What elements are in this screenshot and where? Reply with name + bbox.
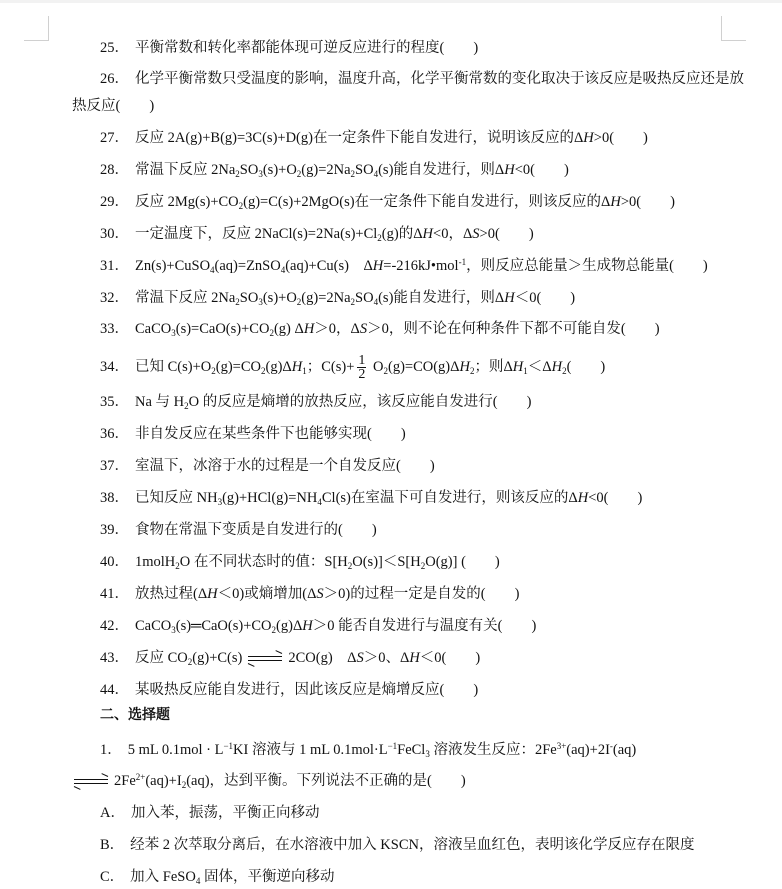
question-text: 常温下反应 2Na bbox=[135, 290, 235, 306]
question-text: 平衡常数和转化率都能体现可逆反应进行的程度 bbox=[135, 40, 440, 56]
variable: H bbox=[304, 321, 314, 337]
answer-blank: ( ) bbox=[609, 130, 648, 146]
question-number: 29． bbox=[100, 194, 129, 210]
question-text: SO bbox=[355, 290, 374, 306]
question-text: 化学平衡常数只受温度的影响，温度升高，化学平衡常数的变化取决于该反应是吸热反应还… bbox=[135, 71, 744, 87]
page-margin-corner-mark-right bbox=[721, 16, 746, 41]
question-text: (s)═CaO(s)+CO bbox=[176, 618, 272, 634]
question-text: ＜0)或熵增加( bbox=[218, 586, 307, 602]
variable: H bbox=[373, 258, 383, 274]
question-text: ；则 bbox=[474, 359, 503, 375]
equilibrium-arrow-icon bbox=[74, 777, 108, 787]
question-number: 39． bbox=[100, 522, 129, 538]
question-text: O 在不同状态时的值：S[H bbox=[180, 554, 348, 570]
question-text: ＞0，则不论在何种条件下都不可能自发 bbox=[367, 321, 621, 337]
answer-blank: ( ) bbox=[440, 682, 479, 698]
question-33: 33．CaCO3(s)=CaO(s)+CO2(g) ΔH＞0，ΔS＞0，则不论在… bbox=[100, 320, 660, 338]
question-44: 44．某吸热反应能自发进行，因此该反应是熵增反应( ) bbox=[100, 681, 478, 699]
fraction-denominator: 2 bbox=[357, 368, 366, 381]
delta-symbol: Δ bbox=[568, 490, 577, 506]
question-text: 溶液发生反应：2Fe bbox=[430, 742, 557, 758]
question-text: (aq)+I bbox=[145, 773, 181, 789]
section-heading: 二、选择题 bbox=[100, 706, 170, 724]
delta-symbol: Δ bbox=[307, 586, 316, 602]
question-text: (g)=CO(g) bbox=[388, 359, 450, 375]
question-number: 25． bbox=[100, 40, 129, 56]
option-a: A．加入苯，振荡，平衡正向移动 bbox=[100, 804, 319, 822]
question-28: 28．常温下反应 2Na2SO3(s)+O2(g)=2Na2SO4(s)能自发进… bbox=[100, 161, 569, 179]
question-number: 43． bbox=[100, 650, 129, 666]
question-36: 36．非自发反应在某些条件下也能够实现( ) bbox=[100, 425, 406, 443]
question-number: 27． bbox=[100, 130, 129, 146]
question-number: 44． bbox=[100, 682, 129, 698]
option-c: C．加入 FeSO4 固体，平衡逆向移动 bbox=[100, 868, 334, 886]
superscript: −1 bbox=[388, 741, 398, 751]
question-text: O(s)]＜S[H bbox=[352, 554, 420, 570]
answer-blank: ( ) bbox=[367, 426, 406, 442]
answer-blank: ( ) bbox=[396, 458, 435, 474]
delta-symbol: Δ bbox=[413, 226, 422, 242]
option-label: A． bbox=[100, 805, 125, 821]
variable: S bbox=[472, 226, 479, 242]
question-number: 1． bbox=[100, 742, 122, 758]
question-text: <0， bbox=[433, 226, 463, 242]
question-text: >0 bbox=[621, 194, 636, 210]
question-text: SO bbox=[240, 162, 259, 178]
option-label: B． bbox=[100, 837, 124, 853]
delta-symbol: Δ bbox=[574, 130, 583, 146]
equilibrium-arrow-icon bbox=[248, 654, 282, 664]
option-text: 加入 FeSO bbox=[130, 869, 196, 885]
answer-blank: ( ) bbox=[636, 194, 675, 210]
question-text: 食物在常温下变质是自发进行的 bbox=[135, 522, 338, 538]
question-text: (s)+O bbox=[263, 290, 297, 306]
choice-question-1: 1．5 mL 0.1mol · L−1KI 溶液与 1 mL 0.1mol·L−… bbox=[100, 741, 636, 759]
question-number: 32． bbox=[100, 290, 129, 306]
question-39: 39．食物在常温下变质是自发进行的( ) bbox=[100, 521, 377, 539]
delta-symbol: Δ bbox=[400, 650, 409, 666]
question-text: (s)=CaO(s)+CO bbox=[176, 321, 270, 337]
question-text: (aq) bbox=[613, 742, 636, 758]
question-text: (aq)+Cu(s) bbox=[285, 258, 363, 274]
question-number: 37． bbox=[100, 458, 129, 474]
question-37: 37．室温下，冰溶于水的过程是一个自发反应( ) bbox=[100, 457, 435, 475]
question-text: (s)+O bbox=[263, 162, 297, 178]
question-text: ；C(s)+ bbox=[307, 359, 355, 375]
option-text: 经苯 2 次萃取分离后，在水溶液中加入 KSCN，溶液呈血红色，表明该化学反应存… bbox=[130, 837, 694, 853]
variable: H bbox=[504, 290, 514, 306]
question-38: 38．已知反应 NH3(g)+HCl(g)=NH4Cl(s)在室温下可自发进行，… bbox=[100, 489, 642, 507]
variable: H bbox=[552, 359, 562, 375]
question-text: (g)=2Na bbox=[301, 162, 350, 178]
answer-blank: ( ) bbox=[481, 586, 520, 602]
variable: H bbox=[292, 359, 302, 375]
question-text: Cl(s)在室温下可自发进行，则该反应的 bbox=[322, 490, 569, 506]
delta-symbol: Δ bbox=[351, 321, 360, 337]
answer-blank: ( ) bbox=[536, 290, 575, 306]
question-31: 31．Zn(s)+CuSO4(aq)=ZnSO4(aq)+Cu(s) ΔH=-2… bbox=[100, 257, 708, 275]
question-text: (g)+C(s) bbox=[192, 650, 242, 666]
question-26: 26．化学平衡常数只受温度的影响，温度升高，化学平衡常数的变化取决于该反应是吸热… bbox=[100, 70, 744, 88]
question-number: 36． bbox=[100, 426, 129, 442]
question-text: >0 bbox=[594, 130, 609, 146]
question-26-continuation: 热反应( ) bbox=[72, 97, 154, 115]
variable: H bbox=[610, 194, 620, 210]
question-number: 33． bbox=[100, 321, 129, 337]
question-text: =-216kJ•mol bbox=[383, 258, 458, 274]
question-40: 40．1molH2O 在不同状态时的值：S[H2O(s)]＜S[H2O(g)] … bbox=[100, 553, 500, 571]
question-text: O(g)] bbox=[425, 554, 461, 570]
answer-blank: ( ) bbox=[493, 394, 532, 410]
question-text: (g) bbox=[265, 359, 282, 375]
question-text: (aq)+2I bbox=[566, 742, 610, 758]
question-text: <0 bbox=[515, 162, 530, 178]
question-text: SO bbox=[355, 162, 374, 178]
delta-symbol: Δ bbox=[495, 162, 504, 178]
question-text: (g)=2Na bbox=[301, 290, 350, 306]
question-number: 35． bbox=[100, 394, 129, 410]
variable: H bbox=[583, 130, 593, 146]
answer-blank: ( ) bbox=[669, 258, 708, 274]
question-text: 5 mL 0.1mol · L bbox=[128, 742, 224, 758]
question-27: 27．反应 2A(g)+B(g)=3C(s)+D(g)在一定条件下能自发进行，说… bbox=[100, 129, 648, 147]
question-number: 30． bbox=[100, 226, 129, 242]
delta-symbol: Δ bbox=[542, 359, 551, 375]
question-text: 常温下反应 2Na bbox=[135, 162, 235, 178]
question-number: 40． bbox=[100, 554, 129, 570]
question-text: SO bbox=[240, 290, 259, 306]
question-text: ＜0 bbox=[420, 650, 442, 666]
variable: H bbox=[459, 359, 469, 375]
question-text: 反应 CO bbox=[135, 650, 188, 666]
question-text: 热反应 bbox=[72, 98, 116, 114]
option-b: B．经苯 2 次萃取分离后，在水溶液中加入 KSCN，溶液呈血红色，表明该化学反… bbox=[100, 836, 694, 854]
question-34: 34．已知 C(s)+O2(g)=CO2(g)ΔH1；C(s)+12 O2(g)… bbox=[100, 354, 605, 381]
question-text: 放热过程( bbox=[135, 586, 198, 602]
delta-symbol: Δ bbox=[282, 359, 291, 375]
question-text: 2Fe bbox=[114, 773, 136, 789]
question-text: 室温下，冰溶于水的过程是一个自发反应 bbox=[135, 458, 396, 474]
question-number: 26． bbox=[100, 71, 129, 87]
question-text: Na 与 H bbox=[135, 394, 184, 410]
question-text: 反应 2A(g)+B(g)=3C(s)+D(g)在一定条件下能自发进行，说明该反… bbox=[135, 130, 574, 146]
variable: H bbox=[409, 650, 419, 666]
answer-blank: ( ) bbox=[530, 162, 569, 178]
question-text: O bbox=[369, 359, 383, 375]
variable: H bbox=[578, 490, 588, 506]
choice-question-1-continuation: 2Fe2+(aq)+I2(aq)，达到平衡。下列说法不正确的是( ) bbox=[74, 772, 466, 790]
superscript: −1 bbox=[223, 741, 233, 751]
superscript: -1 bbox=[459, 257, 467, 267]
question-text: (g)的 bbox=[382, 226, 413, 242]
delta-symbol: Δ bbox=[463, 226, 472, 242]
answer-blank: ( ) bbox=[604, 490, 643, 506]
delta-symbol: Δ bbox=[503, 359, 512, 375]
question-text: CaCO bbox=[135, 618, 171, 634]
variable: H bbox=[207, 586, 217, 602]
answer-blank: ( ) bbox=[495, 226, 534, 242]
question-text: KI 溶液与 1 mL 0.1mol·L bbox=[233, 742, 388, 758]
delta-symbol: Δ bbox=[495, 290, 504, 306]
question-text: (s)能自发进行，则 bbox=[378, 290, 495, 306]
variable: H bbox=[513, 359, 523, 375]
variable: H bbox=[504, 162, 514, 178]
question-number: 34． bbox=[100, 359, 129, 375]
question-text: >0 bbox=[480, 226, 495, 242]
question-text: O 的反应是熵增的放热反应，该反应能自发进行 bbox=[189, 394, 493, 410]
fraction-one-half: 12 bbox=[357, 354, 366, 381]
question-number: 28． bbox=[100, 162, 129, 178]
delta-symbol: Δ bbox=[363, 258, 372, 274]
option-text: 固体，平衡逆向移动 bbox=[200, 869, 334, 885]
question-text: CaCO bbox=[135, 321, 171, 337]
question-text: ＞0 能否自发进行与温度有关 bbox=[313, 618, 498, 634]
answer-blank: ( ) bbox=[567, 359, 606, 375]
question-text: <0 bbox=[588, 490, 603, 506]
question-29: 29．反应 2Mg(s)+CO2(g)=C(s)+2MgO(s)在一定条件下能自… bbox=[100, 193, 675, 211]
question-text: 2CO(g) bbox=[288, 650, 347, 666]
variable: S bbox=[356, 650, 363, 666]
question-text: (g) bbox=[276, 618, 293, 634]
question-32: 32．常温下反应 2Na2SO3(s)+O2(g)=2Na2SO4(s)能自发进… bbox=[100, 289, 575, 307]
question-text: ＞0， bbox=[314, 321, 350, 337]
question-text: (aq)，达到平衡。下列说法不正确的是 bbox=[186, 773, 427, 789]
answer-blank: ( ) bbox=[621, 321, 660, 337]
question-text: ＞0、 bbox=[364, 650, 400, 666]
question-text: 1molH bbox=[135, 554, 175, 570]
answer-blank: ( ) bbox=[427, 773, 466, 789]
answer-blank: ( ) bbox=[338, 522, 377, 538]
question-text: 一定温度下，反应 2NaCl(s)=2Na(s)+Cl bbox=[135, 226, 377, 242]
question-text: 已知 C(s)+O bbox=[135, 359, 211, 375]
answer-blank: ( ) bbox=[461, 554, 500, 570]
question-text: FeCl bbox=[397, 742, 425, 758]
page-margin-corner-mark-left bbox=[24, 16, 49, 41]
superscript: 3+ bbox=[557, 741, 567, 751]
question-text: (s)能自发进行，则 bbox=[378, 162, 495, 178]
question-number: 41． bbox=[100, 586, 129, 602]
fraction-numerator: 1 bbox=[357, 354, 366, 368]
question-text: (aq)=ZnSO bbox=[215, 258, 281, 274]
delta-symbol: Δ bbox=[198, 586, 207, 602]
question-42: 42．CaCO3(s)═CaO(s)+CO2(g)ΔH＞0 能否自发进行与温度有… bbox=[100, 617, 536, 635]
variable: S bbox=[316, 586, 323, 602]
superscript: 2+ bbox=[136, 772, 146, 782]
question-text: 反应 2Mg(s)+CO bbox=[135, 194, 239, 210]
question-text: (g)=C(s)+2MgO(s)在一定条件下能自发进行，则该反应的 bbox=[243, 194, 601, 210]
question-text: (g)=CO bbox=[216, 359, 261, 375]
question-text: ，则反应总能量＞生成物总能量 bbox=[466, 258, 669, 274]
answer-blank: ( ) bbox=[442, 650, 481, 666]
page-top-edge bbox=[0, 0, 782, 3]
question-text: Zn(s)+CuSO bbox=[135, 258, 210, 274]
question-43: 43．反应 CO2(g)+C(s)2CO(g) ΔS＞0、ΔH＜0( ) bbox=[100, 649, 480, 667]
question-text: ＜0 bbox=[515, 290, 537, 306]
question-35: 35．Na 与 H2O 的反应是熵增的放热反应，该反应能自发进行( ) bbox=[100, 393, 531, 411]
question-25: 25．平衡常数和转化率都能体现可逆反应进行的程度( ) bbox=[100, 39, 478, 57]
question-text: ＜ bbox=[528, 359, 543, 375]
question-text: 已知反应 NH bbox=[135, 490, 218, 506]
question-text: (g) bbox=[274, 321, 295, 337]
question-30: 30．一定温度下，反应 2NaCl(s)=2Na(s)+Cl2(g)的ΔH<0，… bbox=[100, 225, 534, 243]
delta-symbol: Δ bbox=[293, 618, 302, 634]
answer-blank: ( ) bbox=[498, 618, 537, 634]
option-label: C． bbox=[100, 869, 124, 885]
question-number: 38． bbox=[100, 490, 129, 506]
question-text: 非自发反应在某些条件下也能够实现 bbox=[135, 426, 367, 442]
question-text: 某吸热反应能自发进行，因此该反应是熵增反应 bbox=[135, 682, 440, 698]
delta-symbol: Δ bbox=[294, 321, 303, 337]
question-number: 42． bbox=[100, 618, 129, 634]
variable: H bbox=[423, 226, 433, 242]
question-text: ＞0)的过程一定是自发的 bbox=[324, 586, 481, 602]
delta-symbol: Δ bbox=[601, 194, 610, 210]
option-text: 加入苯，振荡，平衡正向移动 bbox=[131, 805, 320, 821]
question-number: 31． bbox=[100, 258, 129, 274]
question-41: 41．放热过程(ΔH＜0)或熵增加(ΔS＞0)的过程一定是自发的( ) bbox=[100, 585, 519, 603]
variable: H bbox=[302, 618, 312, 634]
answer-blank: ( ) bbox=[116, 98, 155, 114]
question-text: (g)+HCl(g)=NH bbox=[222, 490, 317, 506]
answer-blank: ( ) bbox=[440, 40, 479, 56]
